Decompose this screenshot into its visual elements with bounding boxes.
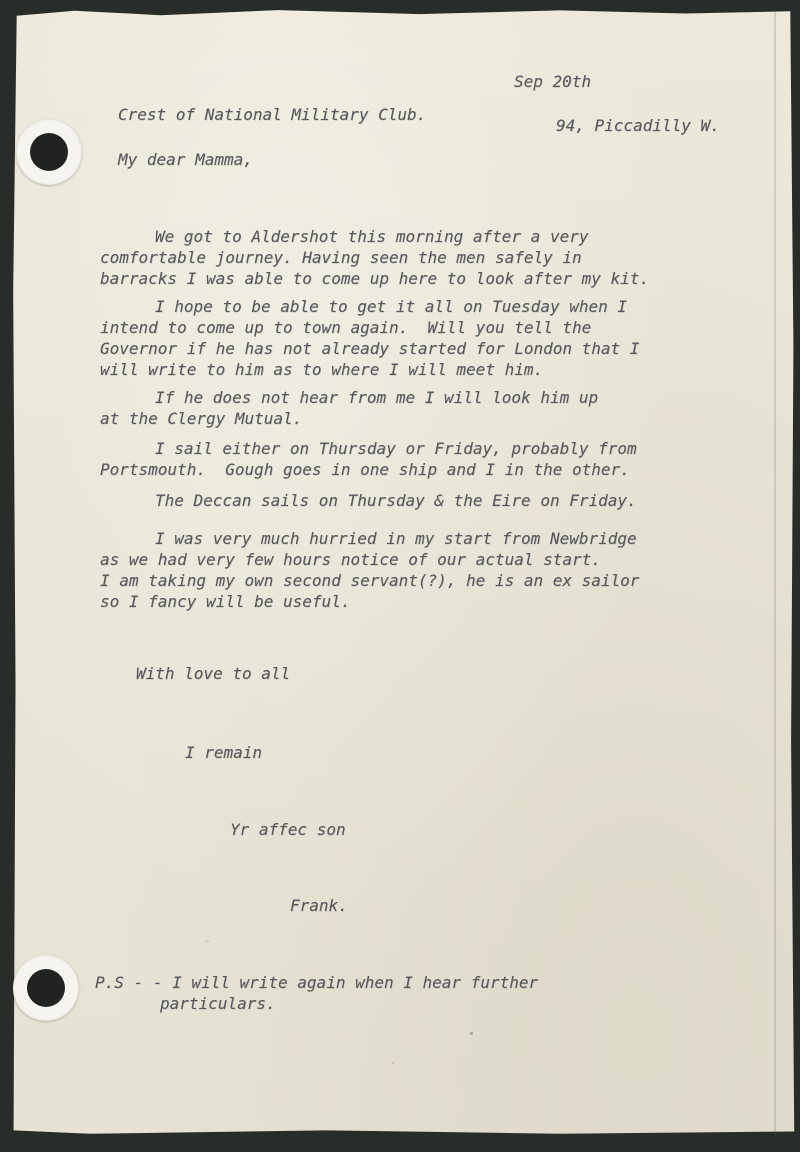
letter-paragraph: I was very much hurried in my start from… (100, 528, 740, 612)
valediction: With love to all (100, 663, 740, 684)
postscript-line-2: particulars. (95, 994, 276, 1013)
letter-paragraph: If he does not hear from me I will look … (100, 387, 740, 429)
punch-hole-bore-icon (30, 133, 68, 171)
letter-paragraph: The Deccan sails on Thursday & the Eire … (100, 490, 740, 511)
scan-background: Sep 20th Crest of National Military Club… (0, 0, 800, 1152)
postscript-line-1: P.S - - I will write again when I hear f… (95, 973, 538, 992)
letter-paragraphs: We got to Aldershot this morning after a… (100, 226, 740, 612)
letter-paragraph: I hope to be able to get it all on Tuesd… (100, 296, 740, 380)
paper-speck (392, 1062, 394, 1064)
letter-paragraph: We got to Aldershot this morning after a… (100, 226, 740, 289)
signature: Frank. (100, 895, 740, 916)
crest-note: Crest of National Military Club. (118, 104, 426, 125)
closing-line-1: I remain (100, 742, 740, 763)
page-edge-shadow (774, 9, 776, 1136)
postscript: P.S - - I will write again when I hear f… (95, 972, 740, 1014)
salutation: My dear Mamma, (118, 149, 253, 170)
closing-line-2: Yr affec son (100, 819, 740, 840)
letter-paragraph: I sail either on Thursday or Friday, pro… (100, 438, 740, 480)
letter-date: Sep 20th (514, 71, 591, 92)
sender-address: 94, Piccadilly W. (556, 115, 720, 136)
letter-body: We got to Aldershot this morning after a… (100, 184, 740, 1056)
punch-hole-bore-icon (27, 969, 65, 1007)
